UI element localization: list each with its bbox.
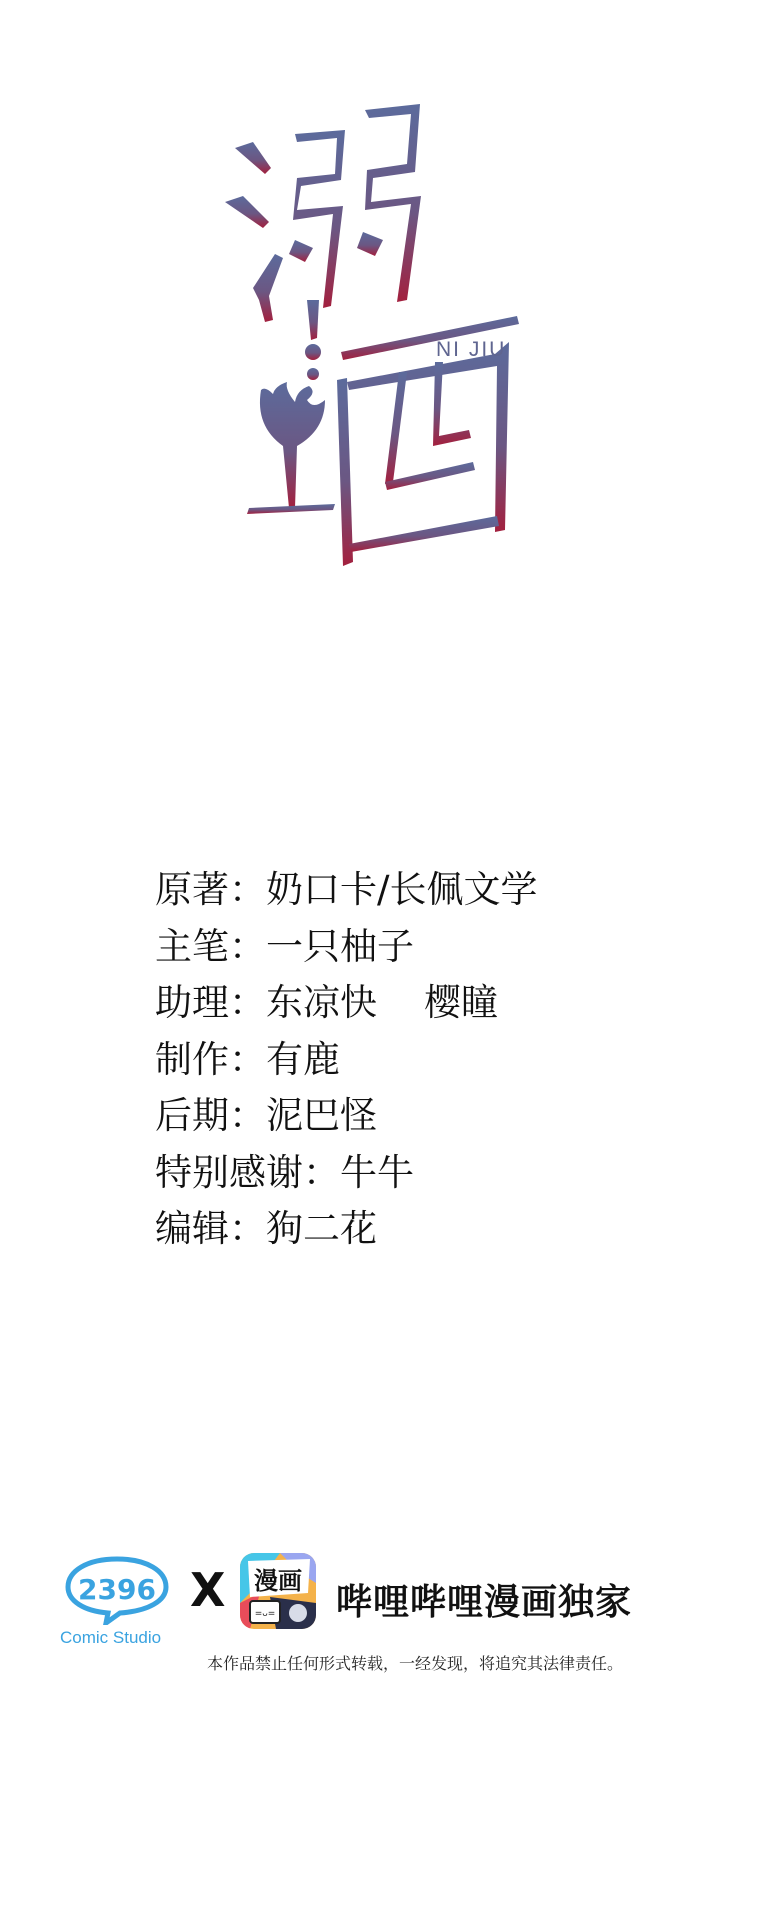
svg-text:2396: 2396 (78, 1573, 156, 1606)
exclusive-label: 哔哩哔哩漫画独家 (336, 1574, 632, 1625)
title-romanized: NI JIU (436, 338, 506, 362)
credit-production: 制作：有鹿 (155, 1032, 537, 1089)
credit-post-production: 后期：泥巴怪 (155, 1088, 537, 1145)
credits-list: 原著：奶口卡/长佩文学 主笔：一只柚子 助理：东凉快 樱瞳 制作：有鹿 后期：泥… (155, 862, 537, 1258)
studio-logo-label: Comic Studio (60, 1628, 161, 1648)
credit-editor: 编辑：狗二花 (155, 1201, 537, 1258)
credit-special-thanks: 特别感谢：牛牛 (155, 1145, 537, 1202)
footer: 2396 Comic Studio X 漫画 =ᴗ= 哔哩哔哩漫画独家 本作品禁… (0, 1550, 759, 1680)
collab-separator: X (190, 1566, 225, 1614)
speech-bubble-icon: 2396 (62, 1555, 172, 1625)
credit-original-author: 原著：奶口卡/长佩文学 (155, 862, 537, 919)
svg-text:=ᴗ=: =ᴗ= (255, 1609, 276, 1619)
bilibili-manga-icon: 漫画 =ᴗ= (240, 1553, 316, 1629)
credit-lead-artist: 主笔：一只柚子 (155, 919, 537, 976)
credit-assistants: 助理：东凉快 樱瞳 (155, 975, 537, 1032)
copyright-notice: 本作品禁止任何形式转载，一经发现，将追究其法律责任。 (207, 1651, 623, 1674)
svg-text:漫画: 漫画 (254, 1566, 302, 1595)
